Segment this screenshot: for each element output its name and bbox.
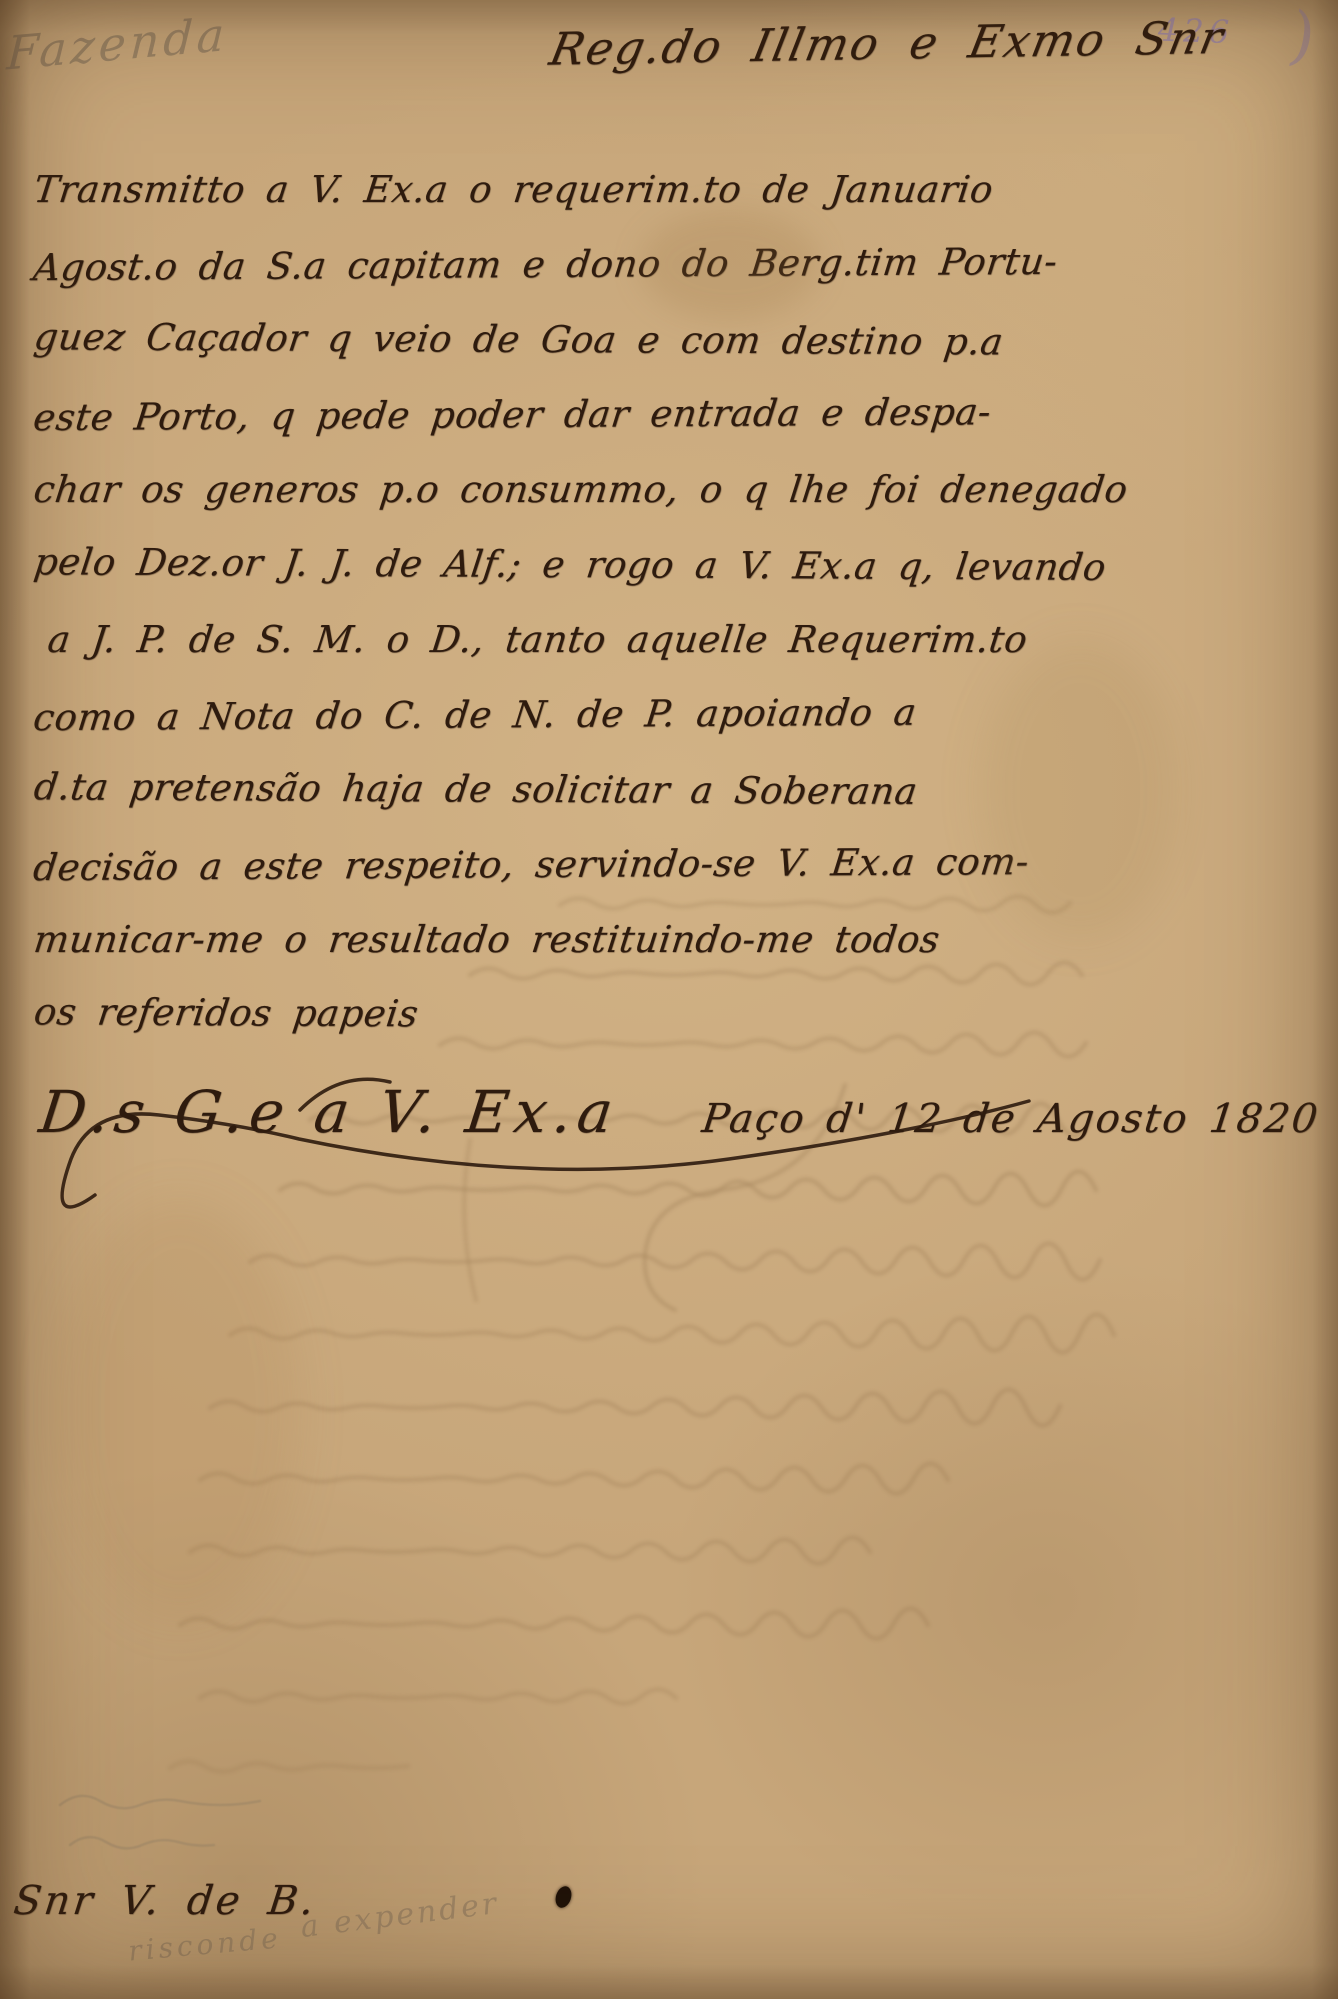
- pencil-annotation-top-left: Fazenda: [5, 0, 426, 81]
- addressee-line: Snr V. de B.: [11, 1878, 319, 1924]
- manuscript-line: como a Nota do C. de N. de P. apoiando a: [29, 674, 1069, 755]
- manuscript-line: decisão a este respeito, servindo-se V. …: [29, 824, 1069, 905]
- manuscript-line: d.ta pretensão haja de solicitar a Sober…: [30, 749, 1069, 829]
- manuscript-page: Fazenda 426 ) Reg.do Illmo e Exmo Snr Tr…: [0, 0, 1338, 1999]
- closing-place-date: Paço d' 12 de Agosto 1820: [700, 1096, 1323, 1142]
- manuscript-line: municar-me o resultado restituindo-me to…: [29, 902, 1068, 977]
- manuscript-line: os referidos papeis: [30, 974, 1069, 1054]
- manuscript-line: guez Caçador q veio de Goa e com destino…: [30, 299, 1069, 379]
- header-salutation: Reg.do Illmo e Exmo Snr: [545, 9, 1318, 75]
- manuscript-line: Transmitto a V. Ex.a o requerim.to de Ja…: [29, 152, 1068, 227]
- manuscript-line: este Porto, q pede poder dar entrada e d…: [29, 374, 1069, 455]
- closing-salute: D.s G.e a V. Ex.a: [36, 1078, 623, 1146]
- closing-line: D.s G.e a V. Ex.aPaço d' 12 de Agosto 18…: [36, 1078, 1144, 1146]
- manuscript-line: pelo Dez.or J. J. de Alf.; e rogo a V. E…: [30, 524, 1069, 604]
- pencil-scribble-bottom-left: [60, 1796, 260, 1849]
- pencil-note-below: risconde: [127, 1921, 283, 1967]
- ink-blot: [553, 1884, 574, 1910]
- letter-body: Transmitto a V. Ex.a o requerim.to de Ja…: [34, 152, 1064, 1052]
- paper-stain: [60, 1200, 300, 1620]
- manuscript-line: char os generos p.o consummo, o q lhe fo…: [29, 452, 1068, 527]
- pencil-note-right: a expender: [299, 1886, 501, 1945]
- manuscript-line: Agost.o da S.a capitam e dono do Berg.ti…: [29, 224, 1069, 305]
- manuscript-line: a J. P. de S. M. o D., tanto aquelle Req…: [29, 602, 1068, 677]
